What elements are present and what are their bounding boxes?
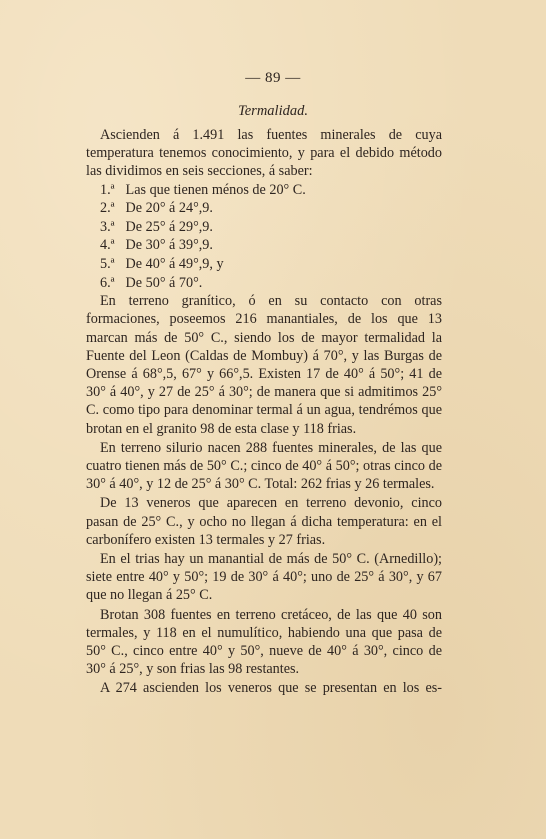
paragraph-cretaceous: Brotan 308 fuentes en terreno cretáceo, … <box>86 606 442 679</box>
body-text: Ascienden á 1.491 las fuentes minerales … <box>86 126 442 698</box>
paragraph-triassic: En el trias hay un manantial de más de 5… <box>86 550 442 605</box>
list-item-number: 1.ª <box>100 181 122 200</box>
list-item-number: 3.ª <box>100 218 122 237</box>
paragraph-granite: En terreno granítico, ó en su contacto c… <box>86 292 442 438</box>
list-item: 6.ª De 50° á 70°. <box>86 274 442 293</box>
list-item: 5.ª De 40° á 49°,9, y <box>86 255 442 274</box>
list-item: 3.ª De 25° á 29°,9. <box>86 218 442 237</box>
list-item-text: De 20° á 24°,9. <box>126 200 213 216</box>
list-item-number: 4.ª <box>100 236 122 255</box>
list-item-text: Las que tienen ménos de 20° C. <box>126 182 306 198</box>
list-item: 2.ª De 20° á 24°,9. <box>86 199 442 218</box>
temperature-sections-list: 1.ª Las que tienen ménos de 20° C. 2.ª D… <box>86 181 442 293</box>
list-item: 4.ª De 30° á 39°,9. <box>86 236 442 255</box>
intro-paragraph: Ascienden á 1.491 las fuentes minerales … <box>86 126 442 181</box>
list-item-number: 5.ª <box>100 255 122 274</box>
list-item-text: De 50° á 70°. <box>126 275 203 291</box>
paragraph-silurian: En terreno silurio nacen 288 fuentes min… <box>86 439 442 494</box>
list-item-number: 6.ª <box>100 274 122 293</box>
list-item-text: De 25° á 29°,9. <box>126 219 213 235</box>
list-item-text: De 40° á 49°,9, y <box>126 256 224 272</box>
section-title: Termalidad. <box>0 103 546 120</box>
list-item: 1.ª Las que tienen ménos de 20° C. <box>86 181 442 200</box>
paragraph-continued: A 274 ascienden los veneros que se prese… <box>86 679 442 697</box>
list-item-number: 2.ª <box>100 199 122 218</box>
paragraph-devonian: De 13 veneros que aparecen en terreno de… <box>86 494 442 549</box>
page-number: — 89 — <box>0 70 546 87</box>
list-item-text: De 30° á 39°,9. <box>126 237 213 253</box>
